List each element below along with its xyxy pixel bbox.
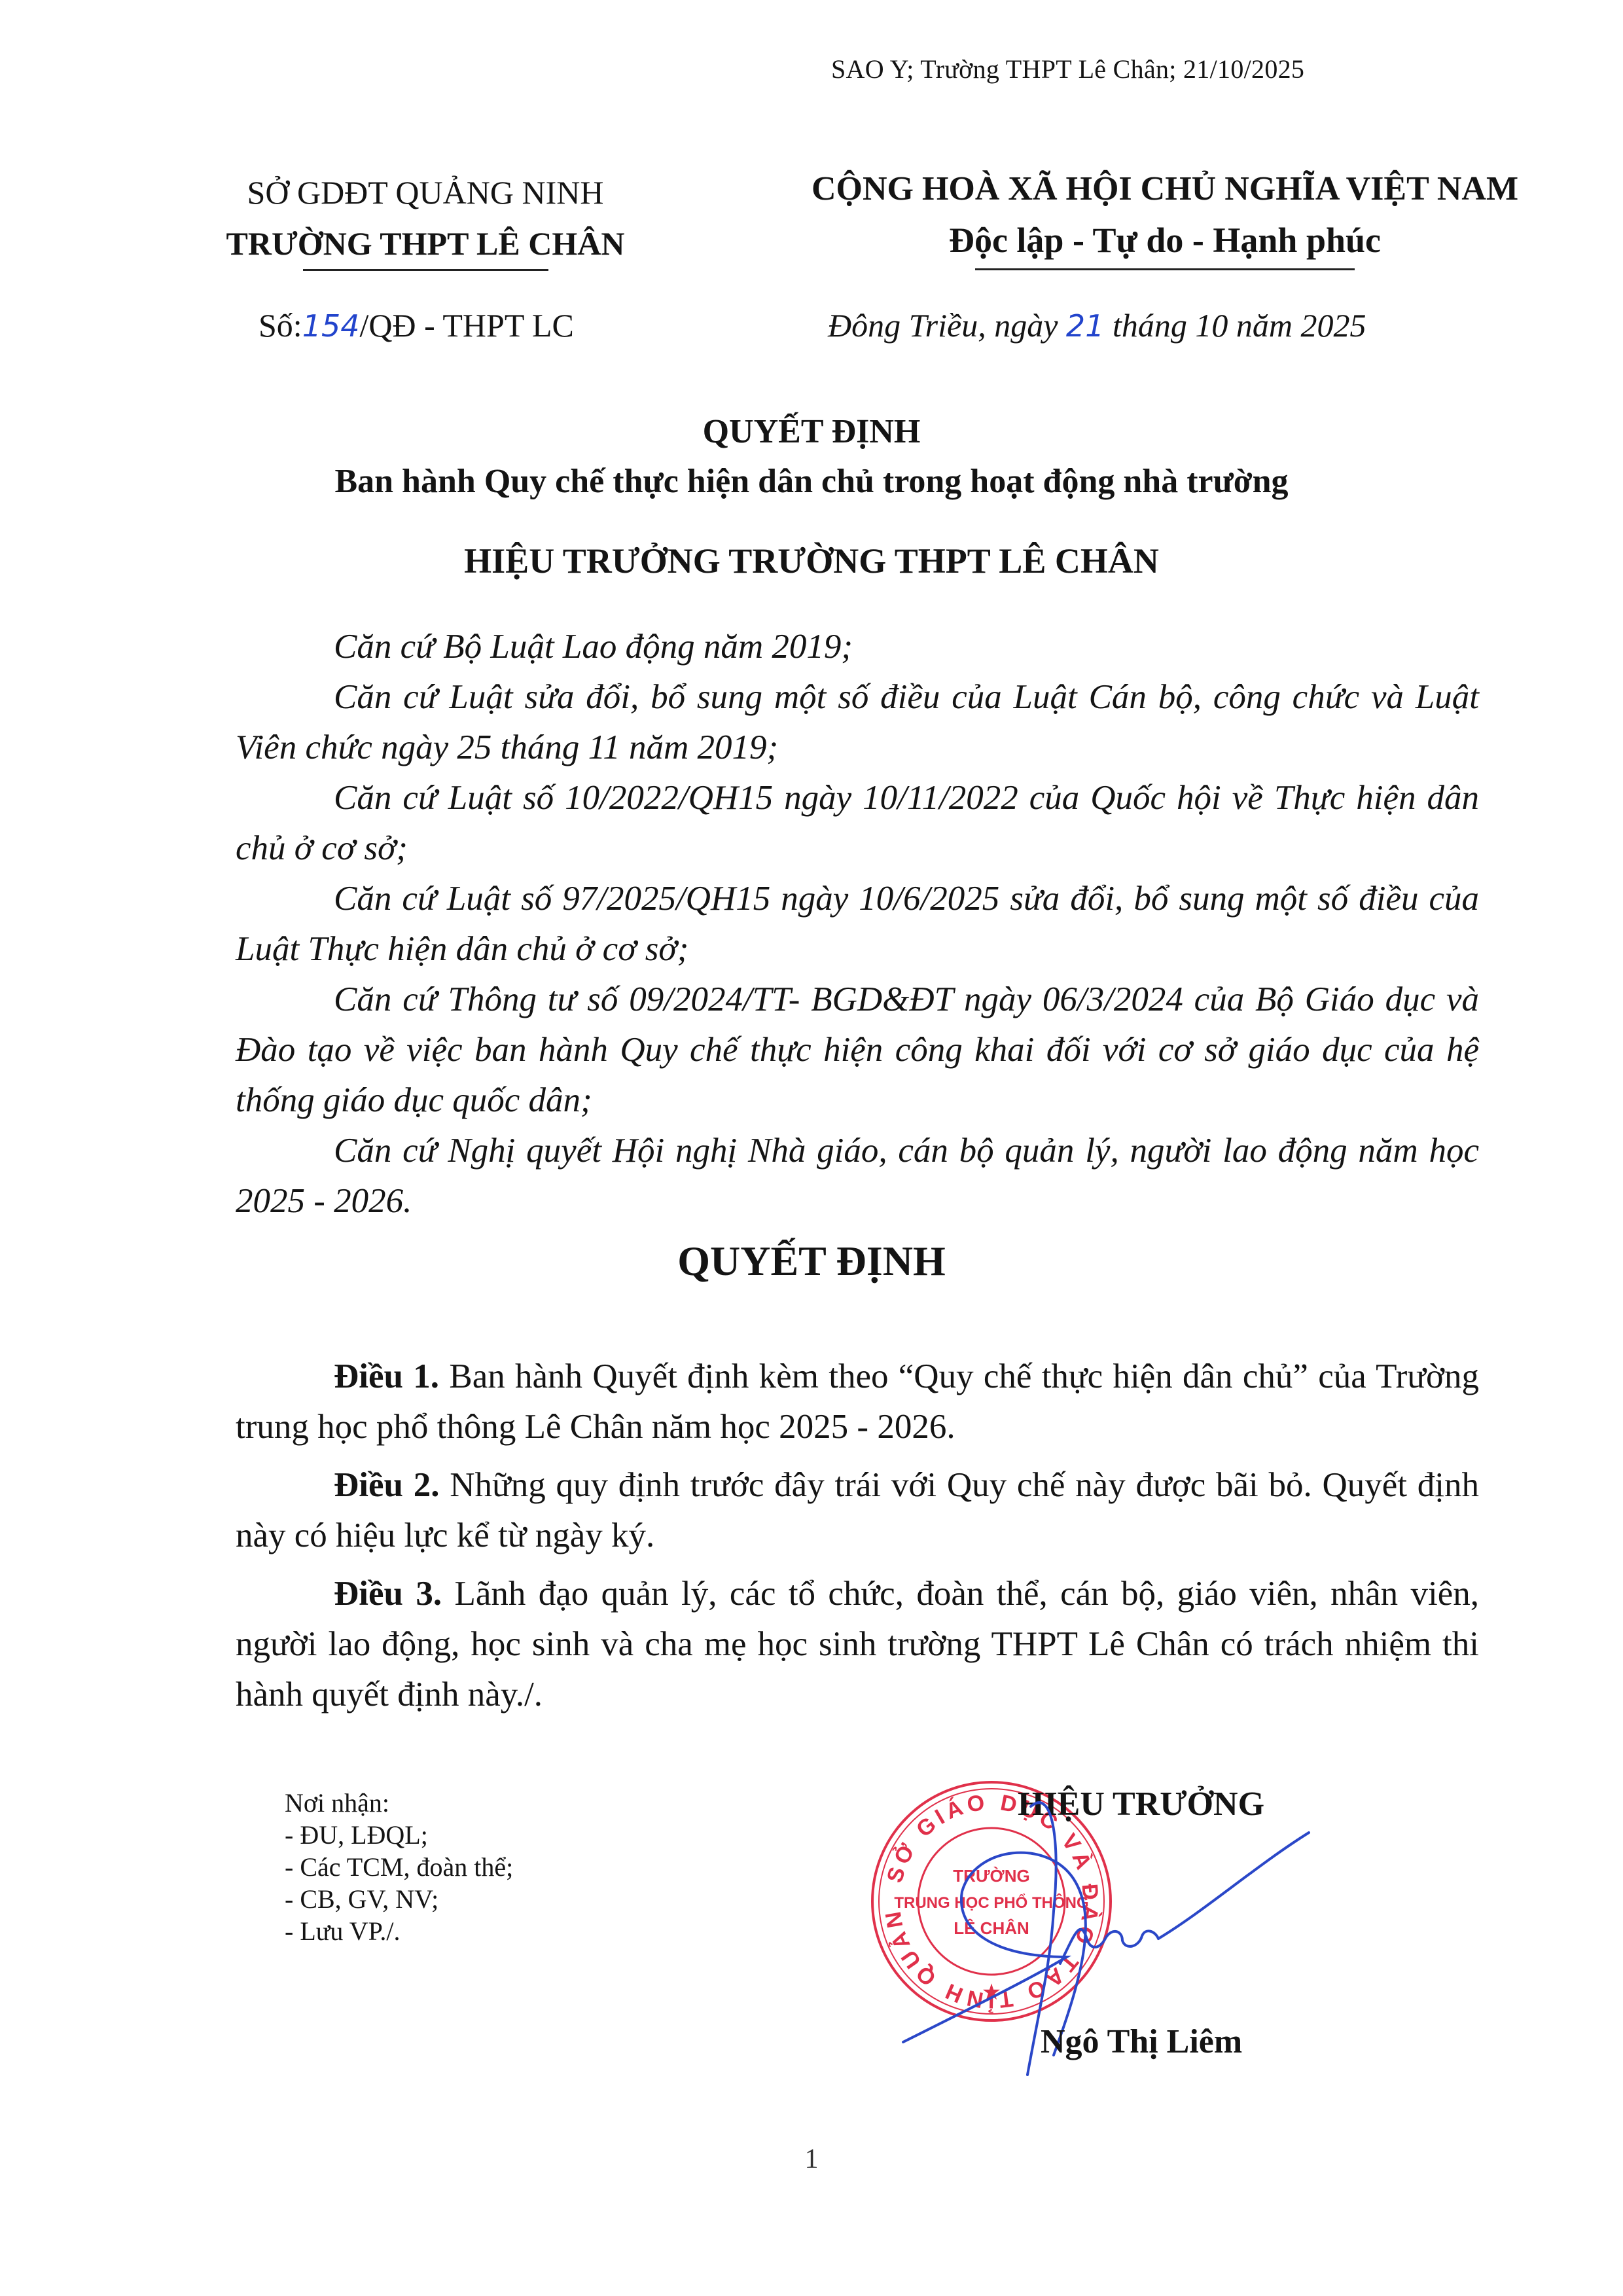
doc-subject: Ban hành Quy chế thực hiện dân chủ trong… (0, 462, 1623, 501)
legal-basis: Căn cứ Bộ Luật Lao động năm 2019; Căn cứ… (236, 622, 1479, 1227)
header-left: SỞ GDĐT QUẢNG NINH TRƯỜNG THPT LÊ CHÂN (190, 167, 661, 271)
issuer-title: HIỆU TRƯỞNG TRƯỜNG THPT LÊ CHÂN (0, 541, 1623, 581)
recipients-block: Nơi nhận: - ĐU, LĐQL; - Các TCM, đoàn th… (285, 1787, 513, 1947)
recipient-item: - CB, GV, NV; (285, 1883, 513, 1915)
decision-heading: QUYẾT ĐỊNH (0, 1237, 1623, 1285)
header-right: CỘNG HOÀ XÃ HỘI CHỦ NGHĨA VIỆT NAM Độc l… (772, 164, 1558, 270)
basis-item: Căn cứ Nghị quyết Hội nghị Nhà giáo, cán… (236, 1126, 1479, 1227)
recipient-item: - Lưu VP./. (285, 1915, 513, 1947)
doc-type-title: QUYẾT ĐỊNH (0, 412, 1623, 451)
copy-stamp: SAO Y; Trường THPT Lê Chân; 21/10/2025 (831, 54, 1304, 84)
basis-item: Căn cứ Luật số 97/2025/QH15 ngày 10/6/20… (236, 874, 1479, 975)
article-1: Điều 1. Ban hành Quyết định kèm theo “Qu… (236, 1352, 1479, 1452)
basis-item: Căn cứ Luật sửa đổi, bổ sung một số điều… (236, 672, 1479, 773)
divider-right (975, 268, 1355, 270)
articles: Điều 1. Ban hành Quyết định kèm theo “Qu… (236, 1352, 1479, 1728)
school-name: TRƯỜNG THPT LÊ CHÂN (190, 218, 661, 269)
signer-name: Ngô Thị Liêm (1041, 2022, 1242, 2061)
handwritten-day: 21 (1066, 308, 1105, 344)
recipient-item: - ĐU, LĐQL; (285, 1819, 513, 1851)
article-2: Điều 2. Những quy định trước đây trái vớ… (236, 1460, 1479, 1561)
basis-item: Căn cứ Bộ Luật Lao động năm 2019; (236, 622, 1479, 672)
handwritten-number: 154 (302, 308, 360, 344)
agency-name: SỞ GDĐT QUẢNG NINH (190, 167, 661, 218)
recipients-heading: Nơi nhận: (285, 1787, 513, 1819)
national-motto: Độc lập - Tự do - Hạnh phúc (772, 215, 1558, 266)
divider-left (303, 269, 548, 271)
recipient-item: - Các TCM, đoàn thể; (285, 1851, 513, 1883)
country-name: CỘNG HOÀ XÃ HỘI CHỦ NGHĨA VIỆT NAM (772, 164, 1558, 215)
basis-item: Căn cứ Luật số 10/2022/QH15 ngày 10/11/2… (236, 773, 1479, 874)
page-number: 1 (0, 2144, 1623, 2175)
article-3: Điều 3. Lãnh đạo quản lý, các tổ chức, đ… (236, 1569, 1479, 1720)
basis-item: Căn cứ Thông tư số 09/2024/TT- BGD&ĐT ng… (236, 975, 1479, 1126)
reference-number: Số:154/QĐ - THPT LC (259, 306, 574, 344)
place-date: Đông Triều, ngày 21 tháng 10 năm 2025 (828, 306, 1366, 344)
